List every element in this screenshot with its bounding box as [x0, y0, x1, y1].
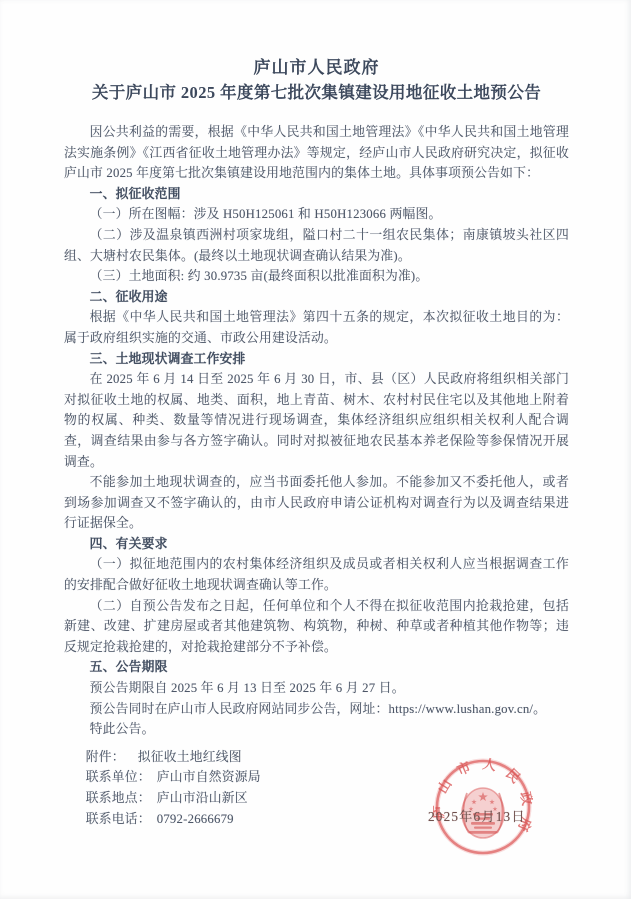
contact-phone-value: 0792-2666679 — [157, 812, 234, 826]
section-1-paragraph-2: （二）涉及温泉镇西洲村项家垅组，隘口村二十一组农民集体；南康镇坡头社区四组、大塘… — [64, 225, 569, 266]
section-3-paragraph-2: 不能参加土地现状调查的，应当书面委托他人参加。不能参加又不委托他人，或者到场参加… — [64, 472, 569, 534]
contact-phone-label: 联系电话： — [86, 812, 151, 826]
contact-address-value: 庐山市沿山新区 — [157, 791, 248, 805]
section-3-paragraph-1: 在 2025 年 6 月 14 日至 2025 年 6 月 30 日，市、县（区… — [64, 369, 569, 472]
seal-date: 2025年6月13日 — [428, 809, 526, 825]
intro-paragraph: 因公共利益的需要，根据《中华人民共和国土地管理法》《中华人民共和国土地管理法实施… — [64, 122, 569, 184]
attachment-line: 附件：拟征收土地红线图 — [64, 747, 569, 768]
section-1-paragraph-3: （三）土地面积: 约 30.9735 亩(最终面积以批准面积为准)。 — [64, 266, 569, 287]
section-5-paragraph-3: 特此公告。 — [64, 719, 569, 740]
contact-unit-line: 联系单位：庐山市自然资源局 — [64, 767, 569, 788]
section-4-paragraph-1: （一）拟征地范围内的农村集体经济组织及成员或者相关权利人应当根据调查工作的安排配… — [64, 554, 569, 595]
section-1-paragraph-1: （一）所在图幅：涉及 H50H125061 和 H50H123066 两幅图。 — [64, 204, 569, 225]
notice-body: 因公共利益的需要，根据《中华人民共和国土地管理法》《中华人民共和国土地管理法实施… — [64, 122, 569, 829]
section-5-heading: 五、公告期限 — [64, 657, 569, 678]
section-5-paragraph-1: 预公告期限自 2025 年 6 月 13 日至 2025 年 6 月 27 日。 — [64, 678, 569, 699]
attachment-value: 拟征收土地红线图 — [138, 750, 242, 764]
section-5-paragraph-2: 预公告同时在庐山市人民政府网站同步公告，网址：https://www.lusha… — [64, 699, 569, 720]
contact-address-label: 联系地点： — [86, 791, 151, 805]
contact-address-line: 联系地点：庐山市沿山新区 — [64, 788, 569, 809]
section-1-heading: 一、拟征收范围 — [64, 184, 569, 205]
notice-page: 庐山市人民政府 关于庐山市 2025 年度第七批次集镇建设用地征收土地预公告 因… — [0, 0, 631, 899]
notice-title: 庐山市人民政府 — [64, 56, 569, 80]
section-4-heading: 四、有关要求 — [64, 534, 569, 555]
attachment-label: 附件： — [86, 750, 125, 764]
contact-unit-label: 联系单位： — [86, 770, 151, 784]
notice-subtitle: 关于庐山市 2025 年度第七批次集镇建设用地征收土地预公告 — [64, 80, 569, 106]
section-3-heading: 三、土地现状调查工作安排 — [64, 349, 569, 370]
section-2-paragraph-1: 根据《中华人民共和国土地管理法》第四十五条的规定，本次拟征收土地目的为：属于政府… — [64, 307, 569, 348]
section-4-paragraph-2: （二）自预公告发布之日起，任何单位和个人不得在拟征收范围内抢栽抢建，包括新建、改… — [64, 596, 569, 658]
section-2-heading: 二、征收用途 — [64, 287, 569, 308]
contact-unit-value: 庐山市自然资源局 — [157, 770, 261, 784]
